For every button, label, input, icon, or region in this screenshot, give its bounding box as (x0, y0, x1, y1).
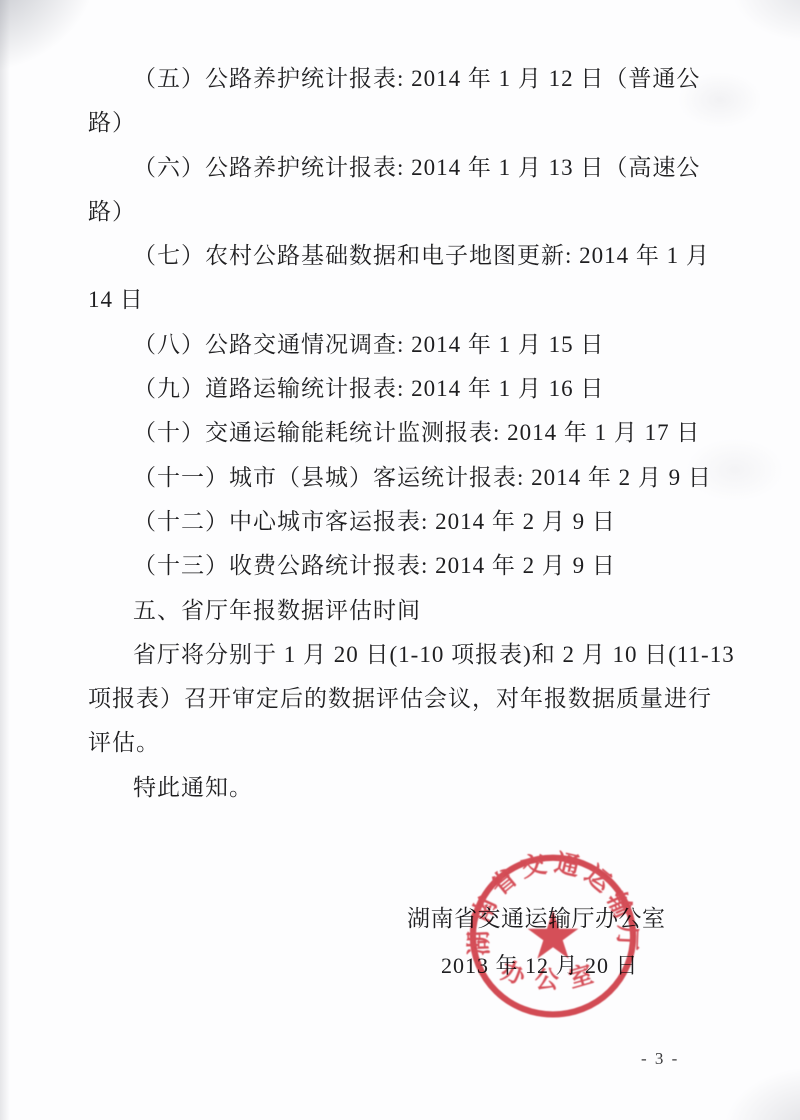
seal-star-icon (528, 910, 579, 958)
body-line: （八）公路交通情况调查: 2014 年 1 月 15 日 (88, 323, 688, 367)
scanned-notice-page: （五）公路养护统计报表: 2014 年 1 月 12 日（普通公 路） （六）公… (0, 0, 800, 1120)
body-line: （十三）收费公路统计报表: 2014 年 2 月 9 日 (88, 544, 688, 588)
body-line: 路） (88, 190, 688, 234)
document-body: （五）公路养护统计报表: 2014 年 1 月 12 日（普通公 路） （六）公… (88, 57, 688, 810)
seal-bottom-text: 办公室 (498, 957, 608, 993)
body-line: （十二）中心城市客运报表: 2014 年 2 月 9 日 (88, 500, 688, 544)
body-line: （七）农村公路基础数据和电子地图更新: 2014 年 1 月 (88, 234, 688, 278)
body-line: （六）公路养护统计报表: 2014 年 1 月 13 日（高速公 (88, 146, 688, 190)
body-line: （十）交通运输能耗统计监测报表: 2014 年 1 月 17 日 (88, 411, 688, 455)
body-line: 14 日 (88, 278, 688, 322)
closing-line: 特此通知。 (88, 766, 688, 810)
body-line: 省厅将分别于 1 月 20 日(1-10 项报表)和 2 月 10 日(11-1… (88, 633, 688, 677)
svg-text:办公室: 办公室 (498, 957, 608, 993)
body-line: 项报表）召开审定后的数据评估会议，对年报数据质量进行 (88, 677, 688, 721)
body-line: 评估。 (88, 721, 688, 765)
body-line: 路） (88, 101, 688, 145)
body-line: （十一）城市（县城）客运统计报表: 2014 年 2 月 9 日 (88, 456, 688, 500)
body-line: （五）公路养护统计报表: 2014 年 1 月 12 日（普通公 (88, 57, 688, 101)
body-line: （九）道路运输统计报表: 2014 年 1 月 16 日 (88, 367, 688, 411)
official-seal: 湖南省交通运输厅 办公室 (458, 848, 648, 1026)
section-heading: 五、省厅年报数据评估时间 (88, 589, 688, 633)
page-number: - 3 - (641, 1049, 679, 1069)
